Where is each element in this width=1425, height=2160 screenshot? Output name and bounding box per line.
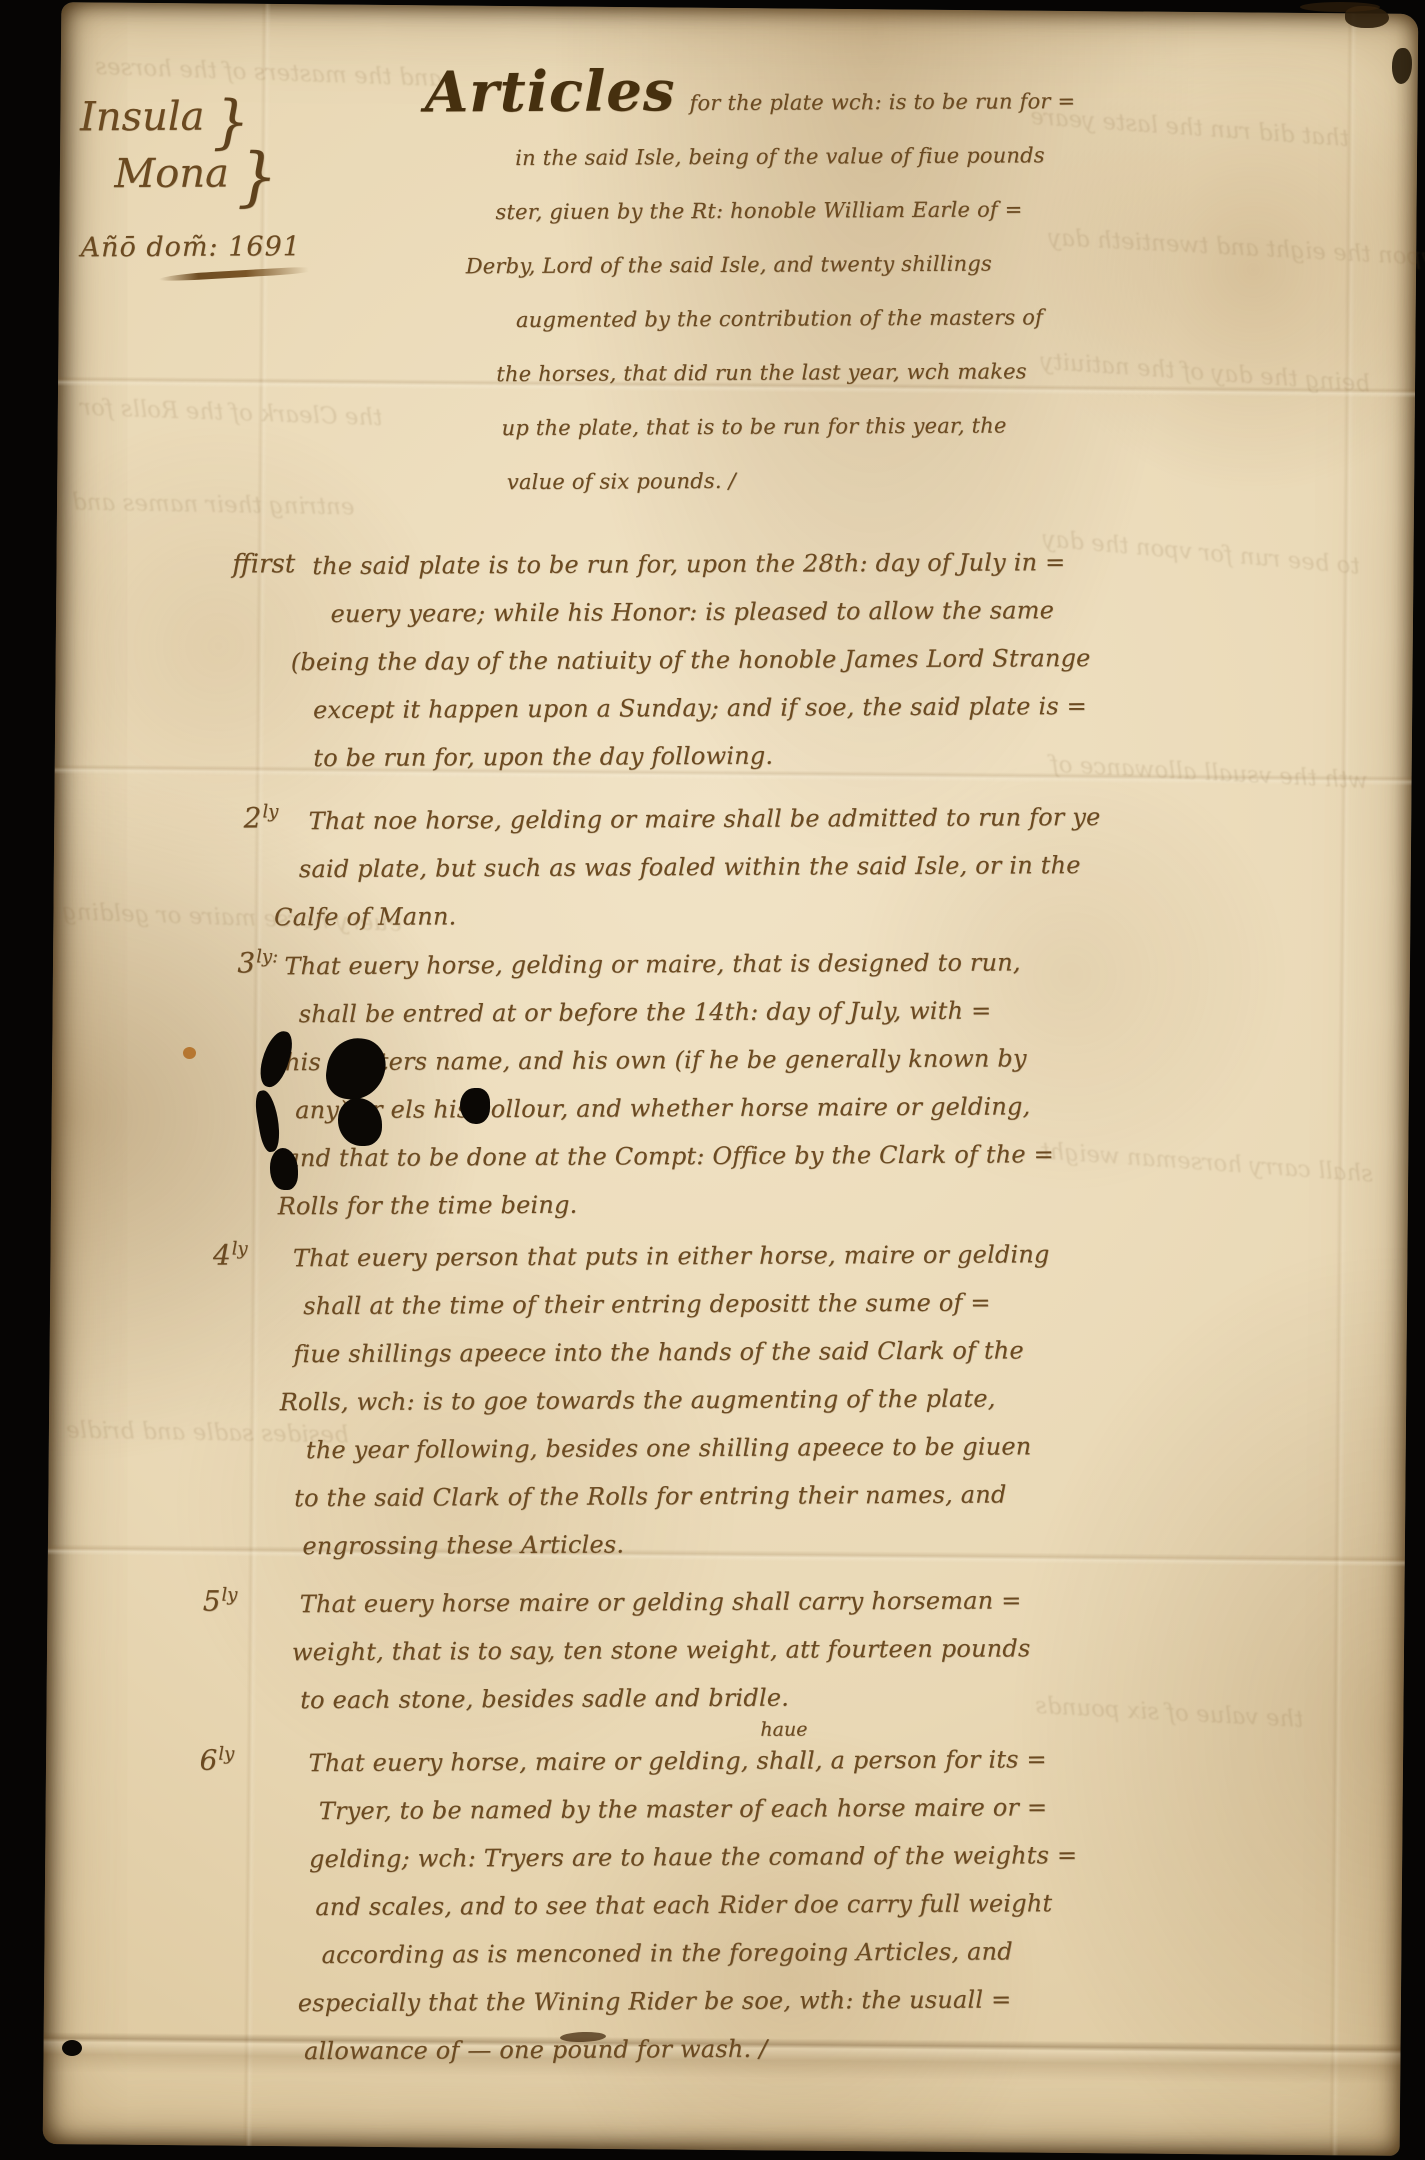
manuscript-line: allowance of — one pound for wash. /: [304, 2023, 1078, 2075]
manuscript-line: and that to be done at the Compt: Office…: [285, 1130, 1054, 1182]
place-title: Mona: [114, 151, 229, 198]
manuscript-content: Insula} Mona} Añō dom̃: 1691 Articlesfor…: [0, 0, 1425, 2160]
manuscript-line: to each stone, besides sadle and bridle.: [300, 1672, 1031, 1724]
article-first: ffirst the said plate is to be run for, …: [232, 538, 1091, 782]
article-label: 4ly: [213, 1238, 248, 1271]
manuscript-line: euery yeare; while his Honor: is pleased…: [330, 586, 1090, 638]
article-label: 3ly:: [237, 946, 278, 979]
article-fourth: 4ly That euery person that puts in eithe…: [213, 1230, 1051, 1570]
manuscript-line: That euery horse, maire or gelding, shal…: [308, 1735, 1076, 1787]
manuscript-line: Calfe of Mann.: [274, 889, 1101, 941]
manuscript-line: That euery horse maire or gelding shall …: [300, 1576, 1031, 1628]
manuscript-line: to the said Clark of the Rolls for entri…: [294, 1470, 1051, 1522]
interlinear-insertion: haue: [760, 1719, 807, 1741]
manuscript-line: except it happen upon a Sunday; and if s…: [313, 682, 1091, 734]
manuscript-line: That euery person that puts in either ho…: [293, 1230, 1050, 1282]
manuscript-line: his masters name, and his own (if he be …: [285, 1034, 1054, 1086]
heading-block: Articlesfor the plate wch: is to be run …: [425, 62, 1078, 509]
manuscript-line: Rolls, wch: is to goe towards the augmen…: [280, 1374, 1051, 1426]
paper-hole: [62, 2040, 82, 2056]
manuscript-line: That euery horse, gelding or maire, that…: [284, 938, 1053, 990]
scan-background: and the masters of the horses that did r…: [0, 0, 1425, 2160]
heading-line: value of six pounds. /: [427, 452, 1078, 509]
article-sixth: 6ly haue That euery horse, maire or geld…: [199, 1735, 1078, 2076]
heading-line: augmented by the contribution of the mas…: [426, 290, 1077, 347]
article-label: 2ly: [244, 801, 279, 834]
manuscript-line: to be run for, upon the day following.: [313, 730, 1091, 782]
manuscript-line: the said plate is to be run for, upon th…: [312, 538, 1090, 590]
manuscript-line: weight, that is to say, ten stone weight…: [292, 1624, 1031, 1676]
manuscript-line: engrossing these Articles.: [302, 1518, 1051, 1570]
manuscript-line: especially that the Wining Rider be soe,…: [298, 1975, 1078, 2027]
paper-hole: [460, 1088, 490, 1124]
article-fifth: 5ly That euery horse maire or gelding sh…: [203, 1576, 1031, 1724]
heading-line: in the said Isle, being of the value of …: [425, 128, 1076, 185]
date-annotation: Añō dom̃: 1691: [81, 231, 317, 263]
heading-line-text: for the plate wch: is to be run for =: [689, 89, 1075, 115]
manuscript-line: That noe horse, gelding or maire shall b…: [309, 793, 1101, 845]
manuscript-line: Rolls for the time being.: [278, 1178, 1055, 1230]
document-title: Articles: [425, 58, 676, 125]
brace-mark: }: [237, 140, 278, 214]
paper-hole: [270, 1148, 298, 1190]
manuscript-line: any) or els his collour, and whether hor…: [295, 1082, 1054, 1134]
article-second: 2ly That noe horse, gelding or maire sha…: [244, 793, 1102, 941]
manuscript-line: shall be entred at or before the 14th: d…: [299, 986, 1054, 1038]
manuscript-line: gelding; wch: Tryers are to haue the com…: [309, 1831, 1077, 1883]
date-underline-flourish: [159, 266, 317, 282]
manuscript-line: according as is menconed in the foregoin…: [321, 1927, 1077, 1979]
manuscript-line: said plate, but such as was foaled withi…: [299, 841, 1101, 893]
place-title-line: Insula}: [80, 90, 316, 148]
heading-line: Articlesfor the plate wch: is to be run …: [425, 62, 1076, 131]
manuscript-line: shall at the time of their entring depos…: [303, 1278, 1050, 1330]
manuscript-line: (being the day of the natiuity of the ho…: [291, 634, 1091, 686]
place-title: Insula: [80, 94, 205, 141]
article-label: ffirst: [232, 546, 296, 579]
stain-spot: [183, 1047, 196, 1059]
article-label: 6ly: [199, 1744, 234, 1777]
manuscript-line: and scales, and to see that each Rider d…: [315, 1879, 1077, 1931]
marginalia: Insula} Mona} Añō dom̃: 1691: [80, 90, 317, 278]
heading-line: Derby, Lord of the said Isle, and twenty…: [426, 236, 1077, 293]
place-title-line: Mona}: [114, 147, 316, 204]
heading-line: up the plate, that is to be run for this…: [426, 398, 1077, 455]
manuscript-line: fiue shillings apeece into the hands of …: [293, 1326, 1050, 1378]
manuscript-line: the year following, besides one shilling…: [306, 1422, 1051, 1474]
heading-line: ster, giuen by the Rt: honoble William E…: [425, 182, 1076, 239]
manuscript-line: Tryer, to be named by the master of each…: [319, 1783, 1077, 1835]
heading-line: the horses, that did run the last year, …: [426, 344, 1077, 401]
article-label: 5ly: [203, 1584, 238, 1617]
singe-mark: [1300, 2, 1380, 12]
